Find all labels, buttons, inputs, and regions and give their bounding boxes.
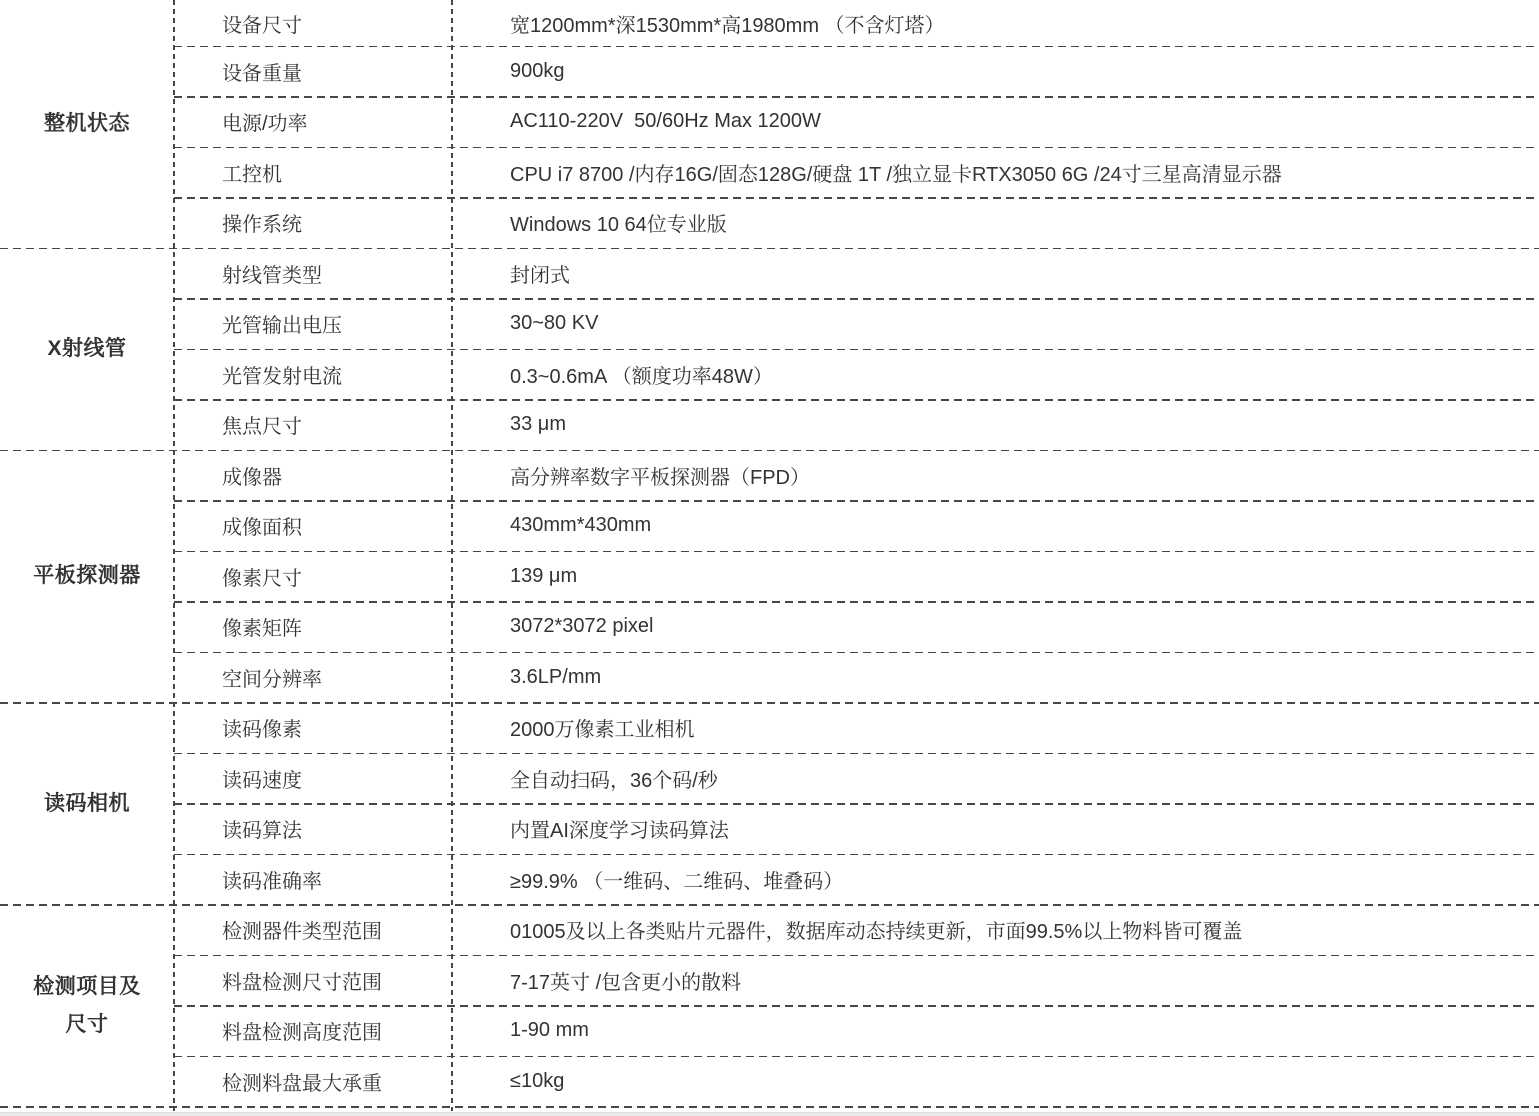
param-name: 电源/功率: [174, 97, 452, 148]
group-label: 读码相机: [0, 703, 174, 905]
param-value: 7-17英寸 /包含更小的散料: [452, 955, 1539, 1006]
param-name: 焦点尺寸: [174, 400, 452, 451]
param-name: 读码算法: [174, 804, 452, 855]
group-rows: 检测器件类型范围 01005及以上各类贴片元器件，数据库动态持续更新，市面99.…: [174, 905, 1539, 1107]
param-value: 3072*3072 pixel: [452, 602, 1539, 653]
param-value: 高分辨率数字平板探测器（FPD）: [452, 450, 1539, 501]
spec-section: 平板探测器 成像器 高分辨率数字平板探测器（FPD） 成像面积 430mm*43…: [0, 450, 1539, 703]
param-name: 成像面积: [174, 501, 452, 552]
group-rows: 成像器 高分辨率数字平板探测器（FPD） 成像面积 430mm*430mm 像素…: [174, 450, 1539, 703]
table-row: 射线管类型 封闭式: [174, 248, 1539, 299]
param-name: 检测器件类型范围: [174, 905, 452, 956]
table-row: 成像器 高分辨率数字平板探测器（FPD）: [174, 450, 1539, 501]
param-name: 光管发射电流: [174, 349, 452, 400]
table-row: 工控机 CPU i7 8700 /内存16G/固态128G/硬盘 1T /独立显…: [174, 147, 1539, 198]
group-label: 平板探测器: [0, 450, 174, 703]
param-name: 料盘检测高度范围: [174, 1006, 452, 1057]
table-row: 光管输出电压 30~80 KV: [174, 299, 1539, 350]
table-row: 料盘检测尺寸范围 7-17英寸 /包含更小的散料: [174, 955, 1539, 1006]
spec-section: 整机状态 设备尺寸 宽1200mm*深1530mm*高1980mm （不含灯塔）…: [0, 0, 1539, 248]
param-name: 成像器: [174, 450, 452, 501]
group-rows: 读码像素 2000万像素工业相机 读码速度 全自动扫码，36个码/秒 读码算法 …: [174, 703, 1539, 905]
group-rows: 射线管类型 封闭式 光管输出电压 30~80 KV 光管发射电流 0.3~0.6…: [174, 248, 1539, 450]
spec-section: 读码相机 读码像素 2000万像素工业相机 读码速度 全自动扫码，36个码/秒 …: [0, 703, 1539, 905]
param-value: 01005及以上各类贴片元器件，数据库动态持续更新，市面99.5%以上物料皆可覆…: [452, 905, 1539, 956]
table-row: 检测料盘最大承重 ≤10kg: [174, 1056, 1539, 1107]
spec-section: X射线管 射线管类型 封闭式 光管输出电压 30~80 KV 光管发射电流 0.…: [0, 248, 1539, 450]
group-rows: 设备尺寸 宽1200mm*深1530mm*高1980mm （不含灯塔） 设备重量…: [174, 0, 1539, 248]
param-value: ≥99.9% （一维码、二维码、堆叠码）: [452, 854, 1539, 905]
spec-section: 检测项目及 尺寸 检测器件类型范围 01005及以上各类贴片元器件，数据库动态持…: [0, 905, 1539, 1107]
param-name: 光管输出电压: [174, 299, 452, 350]
param-name: 料盘检测尺寸范围: [174, 955, 452, 1006]
table-row: 电源/功率 AC110-220V 50/60Hz Max 1200W: [174, 97, 1539, 148]
param-name: 设备尺寸: [174, 0, 452, 46]
param-name: 设备重量: [174, 46, 452, 97]
param-value: CPU i7 8700 /内存16G/固态128G/硬盘 1T /独立显卡RTX…: [452, 147, 1539, 198]
table-row: 读码速度 全自动扫码，36个码/秒: [174, 753, 1539, 804]
param-name: 检测料盘最大承重: [174, 1056, 452, 1107]
table-row: 空间分辨率 3.6LP/mm: [174, 652, 1539, 703]
spec-table-page: 整机状态 设备尺寸 宽1200mm*深1530mm*高1980mm （不含灯塔）…: [0, 0, 1539, 1116]
group-label: 整机状态: [0, 0, 174, 248]
table-row: 焦点尺寸 33 μm: [174, 400, 1539, 451]
table-row: 光管发射电流 0.3~0.6mA （额度功率48W）: [174, 349, 1539, 400]
param-value: 1-90 mm: [452, 1006, 1539, 1057]
param-value: 139 μm: [452, 551, 1539, 602]
param-name: 射线管类型: [174, 248, 452, 299]
group-label: 检测项目及 尺寸: [0, 905, 174, 1107]
param-name: 空间分辨率: [174, 652, 452, 703]
param-value: 全自动扫码，36个码/秒: [452, 753, 1539, 804]
param-value: 33 μm: [452, 400, 1539, 451]
table-row: 像素矩阵 3072*3072 pixel: [174, 602, 1539, 653]
param-value: Windows 10 64位专业版: [452, 198, 1539, 249]
param-value: 430mm*430mm: [452, 501, 1539, 552]
param-name: 像素尺寸: [174, 551, 452, 602]
param-value: 内置AI深度学习读码算法: [452, 804, 1539, 855]
table-row: 料盘检测高度范围 1-90 mm: [174, 1006, 1539, 1057]
table-row: 设备重量 900kg: [174, 46, 1539, 97]
param-name: 操作系统: [174, 198, 452, 249]
table-row: 读码像素 2000万像素工业相机: [174, 703, 1539, 754]
param-value: 3.6LP/mm: [452, 652, 1539, 703]
param-value: ≤10kg: [452, 1056, 1539, 1107]
table-row: 读码算法 内置AI深度学习读码算法: [174, 804, 1539, 855]
bottom-strip: [0, 1112, 1539, 1116]
group-label: X射线管: [0, 248, 174, 450]
table-row: 操作系统 Windows 10 64位专业版: [174, 198, 1539, 249]
param-name: 读码速度: [174, 753, 452, 804]
table-row: 读码准确率 ≥99.9% （一维码、二维码、堆叠码）: [174, 854, 1539, 905]
param-name: 工控机: [174, 147, 452, 198]
param-value: 900kg: [452, 46, 1539, 97]
param-name: 读码像素: [174, 703, 452, 754]
param-value: AC110-220V 50/60Hz Max 1200W: [452, 97, 1539, 148]
param-value: 2000万像素工业相机: [452, 703, 1539, 754]
param-value: 宽1200mm*深1530mm*高1980mm （不含灯塔）: [452, 0, 1539, 46]
param-name: 读码准确率: [174, 854, 452, 905]
param-name: 像素矩阵: [174, 602, 452, 653]
table-row: 像素尺寸 139 μm: [174, 551, 1539, 602]
table-row: 检测器件类型范围 01005及以上各类贴片元器件，数据库动态持续更新，市面99.…: [174, 905, 1539, 956]
param-value: 30~80 KV: [452, 299, 1539, 350]
param-value: 0.3~0.6mA （额度功率48W）: [452, 349, 1539, 400]
table-row: 设备尺寸 宽1200mm*深1530mm*高1980mm （不含灯塔）: [174, 0, 1539, 46]
param-value: 封闭式: [452, 248, 1539, 299]
table-row: 成像面积 430mm*430mm: [174, 501, 1539, 552]
